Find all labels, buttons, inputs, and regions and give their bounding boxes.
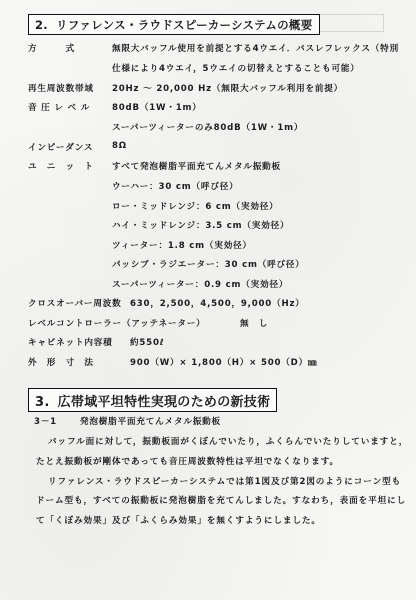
paragraph-line: バッフル面に対して，振動板面がくぼんでいたり，ふくらんでいたりしていますと， (48, 435, 408, 447)
spec-value: ロー・ミッドレンジ：6 cm（実効径） (112, 200, 279, 212)
subsection-title: 発泡樹脂平面充てんメタル振動板 (80, 415, 221, 427)
spec-value: 80dB（1W・1m） (112, 101, 202, 113)
spec-label: 外 形 寸 法 (28, 356, 94, 368)
paragraph-line: ドーム型も，すべての振動板に発泡樹脂を充てんしました。すなわち，表面を平坦にし (36, 494, 406, 506)
spec-value: パッシブ・ラジエーター：30 cm（呼び径） (112, 258, 305, 270)
subsection-number: 3－1 (34, 415, 57, 427)
paragraph-line: リファレンス・ラウドスピーカーシステムでは第1図及び第2図のようにコーン型も (48, 475, 401, 487)
section-3-heading: 3.広帯域平坦特性実現のための新技術 (28, 388, 277, 412)
spec-label: 音 圧 レ ベ ル (28, 101, 90, 113)
section-2-heading: 2.リファレンス・ラウドスピーカーシステムの概要 (28, 14, 320, 35)
spec-value: すべて発泡樹脂平面充てんメタル振動板 (112, 160, 281, 172)
spec-label: 再生周波数帯域 (28, 82, 94, 94)
spec-value: 無 し (240, 317, 268, 329)
spec-value: ツィーター：1.8 cm（実効径） (112, 239, 252, 251)
spec-value: 無限大バッフル使用を前提とする4ウエイ．バスレフレックス（特別 (112, 42, 399, 54)
section-title: 広帯域平坦特性実現のための新技術 (58, 395, 271, 410)
section-number: 3. (35, 395, 50, 410)
spec-value: ウーハー：30 cm（呼び径） (112, 180, 239, 192)
paragraph-line: たとえ振動板が剛体であっても音圧周波数特性は平坦でなくなります。 (36, 455, 339, 467)
spec-label: キャビネット内容積 (28, 336, 113, 348)
spec-value: スーパーツィーター：0.9 cm（実効径） (112, 278, 288, 290)
spec-label: インピーダンス (28, 141, 93, 153)
spec-value: 約550ℓ (130, 336, 165, 348)
spec-value: 630，2,500，4,500，9,000（Hz） (130, 297, 305, 309)
section-title: リファレンス・ラウドスピーカーシステムの概要 (56, 18, 313, 32)
spec-label: クロスオーバー周波数 (28, 297, 122, 309)
spec-label: レベルコントローラー（アッテネーター） (28, 317, 206, 329)
section-number: 2. (35, 18, 48, 32)
spec-value: スーパーツィーターのみ80dB（1W・1m） (112, 121, 303, 133)
spec-label: ユ ニ ッ ト (28, 160, 94, 172)
spec-value: 8Ω (112, 141, 127, 151)
spec-label: 方 式 (28, 42, 75, 54)
spec-value: 仕様により4ウエイ，5ウエイの切替えとすることも可能） (112, 62, 360, 74)
spec-value: 900（W）× 1,800（H）× 500（D）㎜ (130, 356, 317, 368)
spec-value: 20Hz ～ 20,000 Hz（無限大バッフル利用を前提） (112, 82, 343, 94)
spec-value: ハイ・ミッドレンジ：3.5 cm（実効径） (112, 219, 289, 231)
paragraph-line: て「くぼみ効果」及び「ふくらみ効果」を無くすようにしました。 (36, 514, 321, 526)
